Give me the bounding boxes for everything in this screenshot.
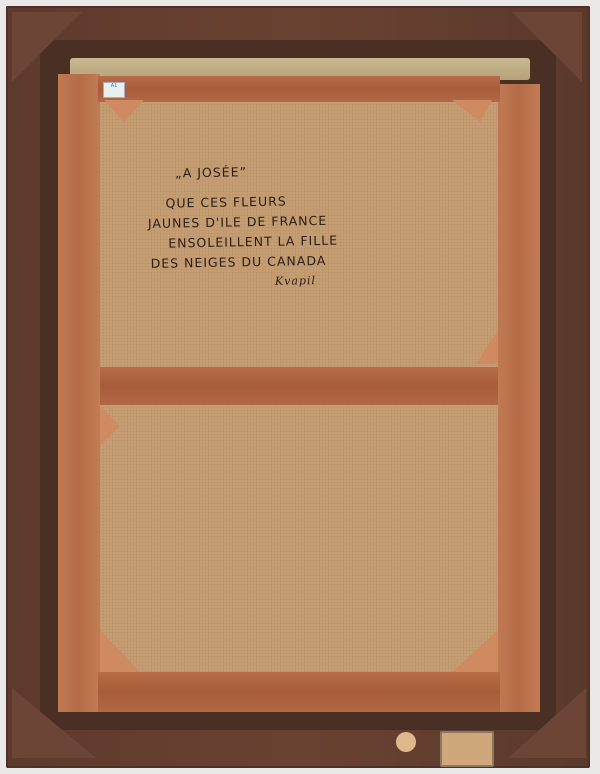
artist-signature: Kvapil — [141, 270, 381, 294]
stretcher-top-bar — [98, 76, 500, 102]
brass-plaque — [440, 731, 494, 767]
wax-seal — [396, 732, 416, 752]
stretcher-cross-bar — [100, 367, 498, 405]
stretcher-bottom-bar — [98, 672, 500, 712]
inventory-sticker: A1 — [103, 82, 125, 98]
stretcher-left-bar — [58, 74, 100, 712]
sticker-text: A1 — [111, 83, 118, 89]
stretcher-right-bar — [498, 84, 540, 712]
handwritten-inscription: „A JOSÉE” QUE CES FLEURS JAUNES D'ILE DE… — [139, 160, 381, 294]
